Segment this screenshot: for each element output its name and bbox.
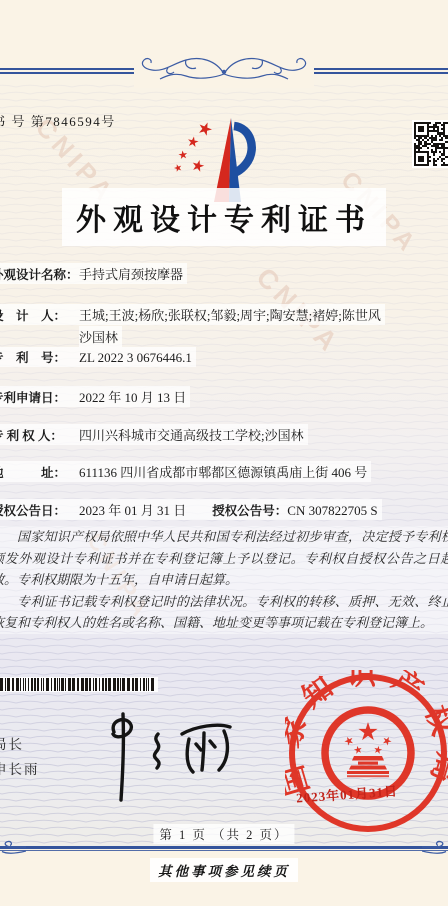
field-designers: 设 计 人：王城;王波;杨欣;张联权;邹毅;周宇;陶安慧;褚婷;陈世风: [0, 304, 385, 325]
field-label: 专 利 号：: [0, 348, 79, 366]
field-patentee: 专 利 权 人：四川兴科城市交通高级技工学校;沙国林: [0, 424, 308, 445]
director-name-label: 申长雨: [0, 758, 40, 778]
body-paragraph-2: 专利证书记载专利权登记时的法律状况。专利权的转移、质押、无效、终止、恢复和专利权…: [0, 591, 448, 634]
certificate-number: 证 书 号 第7846594号: [0, 111, 116, 130]
field-filing-date: 专利申请日：2022 年 10 月 13 日: [0, 386, 190, 407]
field-label: 专 利 权 人：: [0, 426, 79, 444]
field-address: 地 址：611136 四川省成都市郫都区德源镇禹庙上街 406 号: [0, 461, 371, 482]
field-label: 授权公告日：: [0, 501, 79, 519]
field-value: 王城;王波;杨欣;张联权;邹毅;周宇;陶安慧;褚婷;陈世风: [79, 308, 381, 323]
continuation-note: 其他事项参见续页: [150, 858, 298, 882]
field-value: 611136 四川省成都市郫都区德源镇禹庙上街 406 号: [79, 465, 367, 480]
field-label: 外观设计名称：: [0, 265, 79, 283]
field-value: 沙国林: [79, 330, 118, 345]
certificate-text-layer: 证 书 号 第7846594号 外观设计专利证书 外观设计名称：手持式肩颈按摩器…: [0, 0, 448, 906]
director-title-label: 局长: [0, 733, 24, 753]
field-grant: 授权公告日：2023 年 01 月 31 日授权公告号：CN 307822705…: [0, 499, 382, 520]
field-value: 手持式肩颈按摩器: [79, 267, 183, 282]
field-label: 专利申请日：: [0, 388, 79, 406]
field-patent-number: 专 利 号：ZL 2022 3 0676446.1: [0, 347, 196, 367]
design-patent-certificate-page: { "colors": { "border_blue": "#34549c", …: [0, 0, 448, 906]
field-value: 四川兴科城市交通高级技工学校;沙国林: [79, 428, 304, 443]
field-value: 2022 年 10 月 13 日: [79, 390, 186, 405]
field-label: 设 计 人：: [0, 306, 79, 324]
legal-text: 国家知识产权局依照中华人民共和国专利法经过初步审查，决定授予专利权，颁发外观设计…: [0, 526, 448, 634]
certificate-title: 外观设计专利证书: [62, 188, 386, 246]
field-label: 授权公告号：: [212, 501, 287, 519]
field-value: ZL 2022 3 0676446.1: [79, 350, 192, 365]
field-design-name: 外观设计名称：手持式肩颈按摩器: [0, 263, 187, 284]
page-number: 第 1 页 （共 2 页）: [153, 824, 294, 844]
field-value: 2023 年 01 月 31 日: [79, 503, 186, 518]
field-value: CN 307822705 S: [287, 503, 377, 518]
field-label: 地 址：: [0, 463, 79, 481]
field-designers-line2: 沙国林: [79, 326, 122, 347]
body-paragraph-1: 国家知识产权局依照中华人民共和国专利法经过初步审查，决定授予专利权，颁发外观设计…: [0, 526, 448, 591]
